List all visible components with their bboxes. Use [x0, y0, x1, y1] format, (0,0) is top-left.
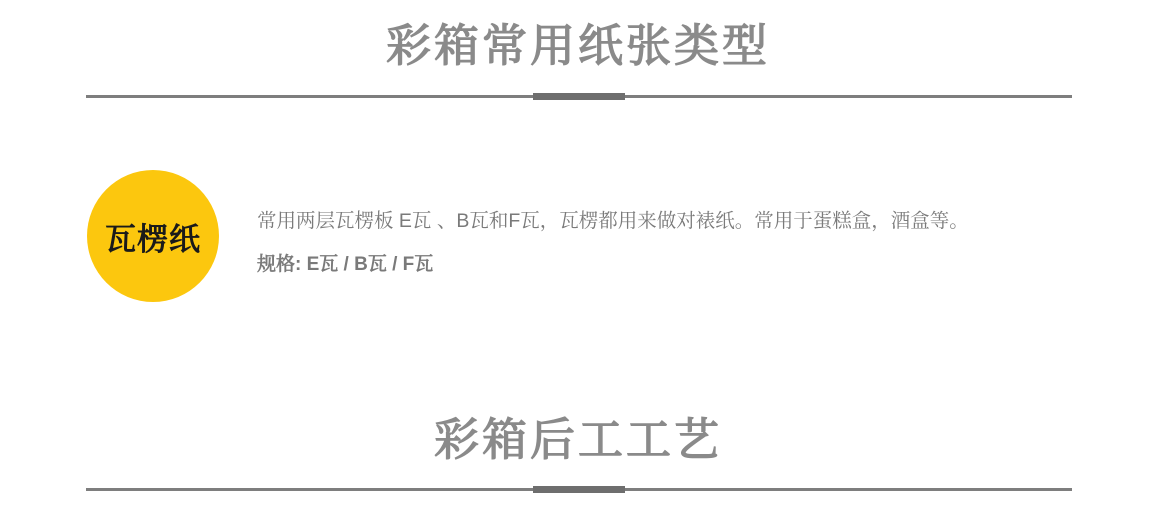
- corrugated-paper-badge-label: 瓦楞纸: [105, 214, 201, 259]
- divider-accent: [533, 93, 625, 100]
- section-title-paper-types: 彩箱常用纸张类型: [0, 20, 1156, 72]
- corrugated-paper-description: 常用两层瓦楞板 E瓦 、B瓦和F瓦，瓦楞都用来做对裱纸。常用于蛋糕盒，酒盒等。: [257, 209, 1077, 233]
- section-divider-paper-types: [86, 93, 1072, 100]
- page: 彩箱常用纸张类型 瓦楞纸 常用两层瓦楞板 E瓦 、B瓦和F瓦，瓦楞都用来做对裱纸…: [0, 0, 1156, 519]
- divider-accent: [533, 486, 625, 493]
- corrugated-paper-spec: 规格: E瓦 / B瓦 / F瓦: [257, 253, 1077, 277]
- section-title-post-process: 彩箱后工工艺: [0, 414, 1156, 466]
- corrugated-paper-text-block: 常用两层瓦楞板 E瓦 、B瓦和F瓦，瓦楞都用来做对裱纸。常用于蛋糕盒，酒盒等。 …: [257, 209, 1077, 277]
- section-divider-post-process: [86, 486, 1072, 493]
- corrugated-paper-badge: 瓦楞纸: [87, 170, 219, 302]
